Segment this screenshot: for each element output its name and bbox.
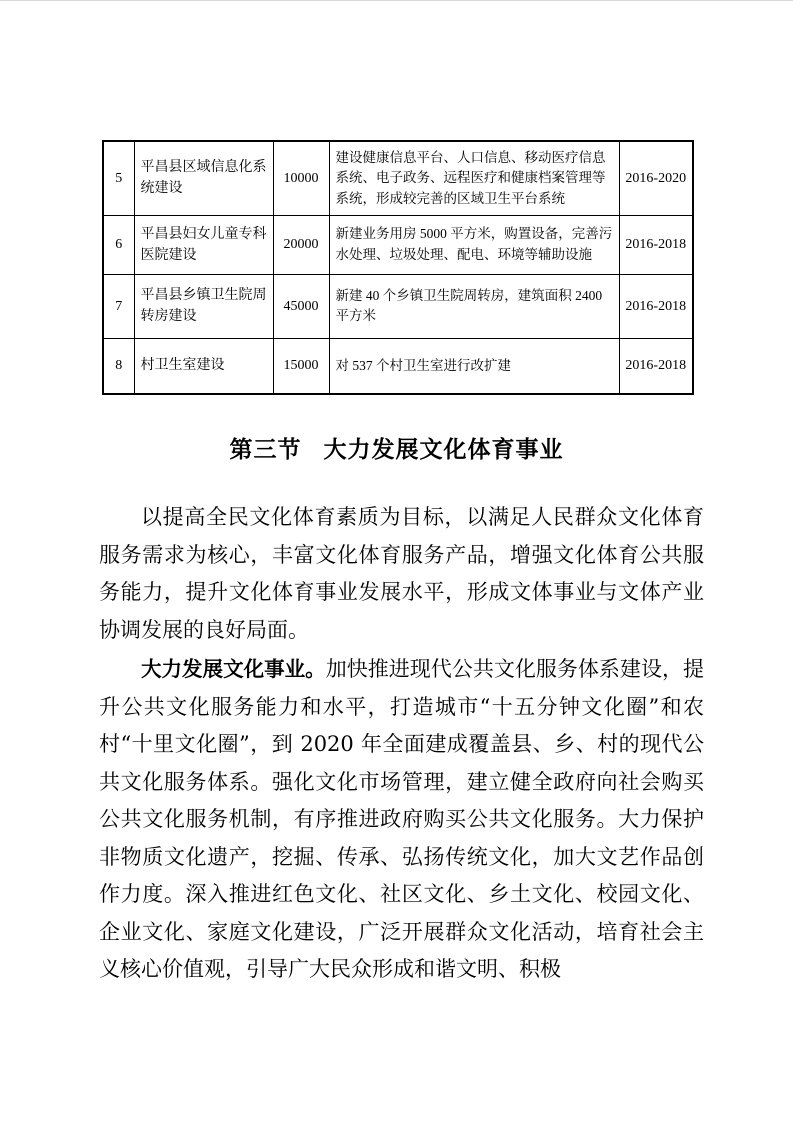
row-number: 6 xyxy=(103,215,134,274)
project-amount: 20000 xyxy=(273,215,329,274)
project-name: 平昌县乡镇卫生院周转房建设 xyxy=(134,274,273,338)
project-table: 5 平昌县区域信息化系统建设 10000 建设健康信息平台、人口信息、移动医疗信… xyxy=(102,140,694,395)
project-years: 2016-2018 xyxy=(619,338,693,394)
row-number: 5 xyxy=(103,141,134,215)
project-amount: 15000 xyxy=(273,338,329,394)
paragraph-body-text: 加快推进现代公共文化服务体系建设，提升公共文化服务能力和水平，打造城市“十五分钟… xyxy=(99,657,704,981)
paragraph-culture: 大力发展文化事业。加快推进现代公共文化服务体系建设，提升公共文化服务能力和水平，… xyxy=(99,651,704,989)
table-row: 5 平昌县区域信息化系统建设 10000 建设健康信息平台、人口信息、移动医疗信… xyxy=(103,141,693,215)
table-row: 6 平昌县妇女儿童专科医院建设 20000 新建业务用房 5000 平方米，购置… xyxy=(103,215,693,274)
project-years: 2016-2020 xyxy=(619,141,693,215)
project-years: 2016-2018 xyxy=(619,215,693,274)
project-description: 对 537 个村卫生室进行改扩建 xyxy=(329,338,619,394)
row-number: 7 xyxy=(103,274,134,338)
project-description: 新建业务用房 5000 平方米，购置设备，完善污水处理、垃圾处理、配电、环境等辅… xyxy=(329,215,619,274)
project-name: 平昌县区域信息化系统建设 xyxy=(134,141,273,215)
section-heading: 第三节大力发展文化体育事业 xyxy=(0,431,793,464)
project-amount: 45000 xyxy=(273,274,329,338)
project-description: 新建 40 个乡镇卫生院周转房，建筑面积 2400 平方米 xyxy=(329,274,619,338)
project-amount: 10000 xyxy=(273,141,329,215)
document-page: 5 平昌县区域信息化系统建设 10000 建设健康信息平台、人口信息、移动医疗信… xyxy=(0,0,793,1123)
project-years: 2016-2018 xyxy=(619,274,693,338)
paragraph-goals: 以提高全民文化体育素质为目标，以满足人民群众文化体育服务需求为核心，丰富文化体育… xyxy=(99,499,704,649)
project-description: 建设健康信息平台、人口信息、移动医疗信息系统、电子政务、远程医疗和健康档案管理等… xyxy=(329,141,619,215)
project-name: 平昌县妇女儿童专科医院建设 xyxy=(134,215,273,274)
row-number: 8 xyxy=(103,338,134,394)
paragraph-lead: 大力发展文化事业。 xyxy=(141,658,326,681)
table-row: 7 平昌县乡镇卫生院周转房建设 45000 新建 40 个乡镇卫生院周转房，建筑… xyxy=(103,274,693,338)
project-name: 村卫生室建设 xyxy=(134,338,273,394)
section-number: 第三节 xyxy=(230,436,302,463)
table-row: 8 村卫生室建设 15000 对 537 个村卫生室进行改扩建 2016-201… xyxy=(103,338,693,394)
section-title: 大力发展文化体育事业 xyxy=(324,436,564,463)
